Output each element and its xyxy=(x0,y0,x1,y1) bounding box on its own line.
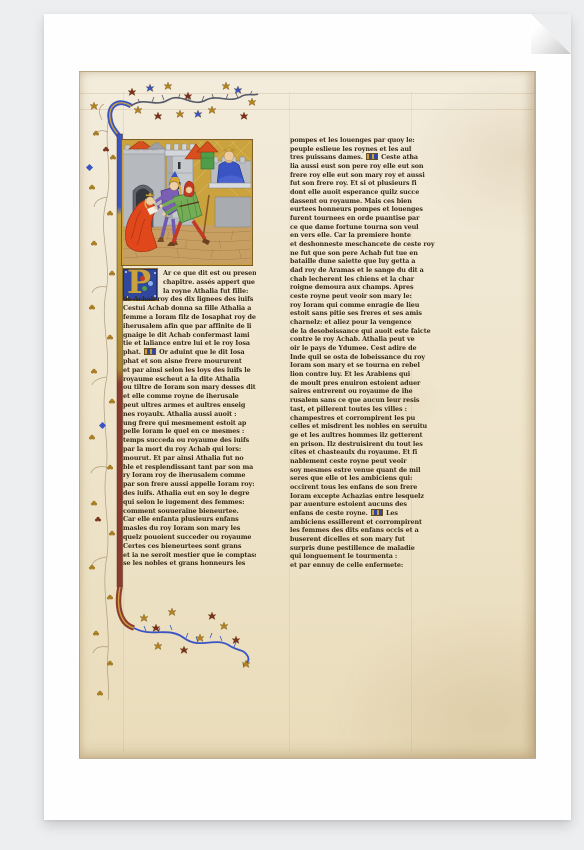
text-line: la royne Athalia fut fille: xyxy=(163,287,256,296)
text-line: temps succeda ou royaume des iuifs xyxy=(123,436,256,445)
text-line: tie et laliance entre lui et le roy Iosa xyxy=(123,339,256,348)
text-line: femme a Ioram filz de Iosaphat roy de xyxy=(123,313,256,322)
text-column-right: pompes et les louenges par quoy le:peupl… xyxy=(290,136,436,570)
text-line: contre le roy Achab. Athalia peut ve xyxy=(290,335,436,344)
text-line: se les nobles et grans honneurs les xyxy=(123,559,256,568)
text-line: les femmes des dits enfans occis et a xyxy=(290,526,436,535)
text-line: mourut. Et par ainsi Athalia fut no xyxy=(123,454,256,463)
text-line: masles du roy Ioram son mary les xyxy=(123,524,256,533)
text-line: ge et les aultres hommes ilz getterent xyxy=(290,431,436,440)
text-line: occirent tous les enfans de son frere xyxy=(290,483,436,492)
text-line: Certes ces bieneurtees sont grans xyxy=(123,542,256,551)
text-line: pelle Ioram le quel en ce mesmes : xyxy=(123,427,256,436)
text-line: de la desobeissance qui auoit este faict… xyxy=(290,327,436,336)
text-line: phat et son aisne frere moururent xyxy=(123,357,256,366)
text-line: en prison. Ilz destruisirent du tout les xyxy=(290,440,436,449)
text-line: Ar ce que dit est ou present xyxy=(163,269,256,278)
text-line: ambiciens essillerent et corrompirent xyxy=(290,518,436,527)
text-line: ry Ioram roy de iherusalem comme xyxy=(123,471,256,480)
text-line: pompes et les louenges par quoy le: xyxy=(290,136,436,145)
text-line: Cestui Achab donna sa fille Athalia a xyxy=(123,304,256,313)
text-line: tres puissans dames. Ceste atha xyxy=(290,153,436,162)
text-line: dassent ou royaume. Mais ces bien xyxy=(290,197,436,206)
text-line: oir le pays de Ydumee. Cest adire de xyxy=(290,344,436,353)
text-line: Car elle enfanta plusieurs enfans xyxy=(123,515,256,524)
corner-curl-notch xyxy=(531,14,571,54)
text-line: ce que dame fortune tourna son veul xyxy=(290,223,436,232)
text-line: roy Ioram qui comme enragie de lieu xyxy=(290,301,436,310)
text-line: champestres et corrompirent les pu xyxy=(290,414,436,423)
text-line: eurtees honneurs pompes et louenges xyxy=(290,205,436,214)
text-line: et elle comme royne de iherusale xyxy=(123,392,256,401)
text-line: ceste royne peut veoir son mary le: xyxy=(290,292,436,301)
line-filler-ornament xyxy=(366,153,378,160)
text-line: soy mesmes estre venue quant de mil xyxy=(290,466,436,475)
text-line: et ia ne seroit mestier que ie comptasse xyxy=(123,551,256,560)
text-line: rusalem sans ce que aucun leur resis xyxy=(290,396,436,405)
line-filler-ornament xyxy=(371,509,383,516)
text-line: comment souueraine bieneurtee. xyxy=(123,507,256,516)
text-line: en vers elle. Car la premiere honte xyxy=(290,231,436,240)
text-line: de moult pres enuiron estoient aduer xyxy=(290,379,436,388)
text-line: nes royaulx. Athalia aussi auoit : xyxy=(123,410,256,419)
text-line: fut son frere roy. Et si ot plusieurs fi xyxy=(290,179,436,188)
text-line: gnaige le dit Achab confermast lami xyxy=(123,331,256,340)
text-line: peuple eslieue les roynes et les aul xyxy=(290,145,436,154)
text-line: chab lecherent les chiens et la char xyxy=(290,275,436,284)
text-line: tast, et pillerent toutes les villes : xyxy=(290,405,436,414)
text-line: et par ainsi selon les loys des iuifs le xyxy=(123,366,256,375)
text-column-left: Ar ce que dit est ou presentchapitre. as… xyxy=(123,269,256,568)
text-line: dad roy de Aramas et le sange du dit a xyxy=(290,266,436,275)
text-line: cites et chasteaulx du royaume. Et fi xyxy=(290,448,436,457)
text-line: nablement ceste royne peut veoir xyxy=(290,457,436,466)
text-line: bataille dune saiette que luy getta a xyxy=(290,257,436,266)
text-line: et deshonneste meschancete de ceste roy xyxy=(290,240,436,249)
page-background: P Ar ce que dit est ou presentchapitre. … xyxy=(0,0,584,850)
text-line: lion contre luy. Et les Arabiens qui xyxy=(290,370,436,379)
text-line: peut ultres armes et aultres enseig xyxy=(123,401,256,410)
text-line: des iuifs. Athalia eut en soy le degre xyxy=(123,489,256,498)
text-line: et par ennuy de celle enfermete: xyxy=(290,561,436,570)
text-line: charnelz: et aliez pour la vengence xyxy=(290,318,436,327)
text-line: ble et resplendissant tant par son ma xyxy=(123,463,256,472)
text-line: chapitre. assés appert que : xyxy=(163,278,256,287)
text-line: Ioram son mary et se tourna en rebel xyxy=(290,361,436,370)
text-line: ung frere qui mesmement estoit ap xyxy=(123,419,256,428)
manuscript-leaf: P Ar ce que dit est ou presentchapitre. … xyxy=(79,71,536,759)
miniature-illustration xyxy=(121,139,253,266)
text-line: iherusalem afin que par affinite de li xyxy=(123,322,256,331)
text-line: par la mort du roy Achab qui lors: xyxy=(123,445,256,454)
text-line: seres que elle ot les ambiciens qui: xyxy=(290,474,436,483)
text-line: de Achab roy des dix lignees des iuifs xyxy=(123,295,256,304)
text-line: qui selon le iugement des femmes: xyxy=(123,498,256,507)
text-line: ou tiltre de Ioram son mary desses dit xyxy=(123,383,256,392)
text-line: frere roy elle eut son mary roy et aussi xyxy=(290,171,436,180)
text-line: celles et misdrent les nobles en seruitu xyxy=(290,422,436,431)
text-line: royaume escheut a la dite Athalia xyxy=(123,375,256,384)
poster-sheet: P Ar ce que dit est ou presentchapitre. … xyxy=(44,14,571,820)
text-line: estoit sans pitie ses freres et ses amis xyxy=(290,309,436,318)
text-line: lia aussi eust son pere roy elle eut son xyxy=(290,162,436,171)
text-line: furent tournees en orde puantise par xyxy=(290,214,436,223)
text-line: par auenture estoient aucuns des xyxy=(290,500,436,509)
line-filler-ornament xyxy=(144,348,156,355)
text-line: par son frere aussi appelle Ioram roy: xyxy=(123,480,256,489)
text-line: surpris dune pestillence de maladie xyxy=(290,544,436,553)
text-line: phat. Or aduint que le dit Iosa xyxy=(123,348,256,357)
text-line: saires entrerent ou royaume de ihe xyxy=(290,387,436,396)
text-line: quelz pouoient succeder ou royaume xyxy=(123,533,256,542)
text-line: ne fut que son pere Achab fut tue en xyxy=(290,249,436,258)
text-line: roigne demoura aux champs. Apres xyxy=(290,283,436,292)
text-line: buserent dicelles et son mary fut xyxy=(290,535,436,544)
text-line: Ioram excepte Achazias entre lesquelz xyxy=(290,492,436,501)
text-line: enfans de ceste royne. Les xyxy=(290,509,436,518)
text-line: qui longuement le tourmenta : xyxy=(290,552,436,561)
text-line: dont elle auoit esperance quilz succe xyxy=(290,188,436,197)
text-line: Inde quil se osta de lobeissance du roy xyxy=(290,353,436,362)
